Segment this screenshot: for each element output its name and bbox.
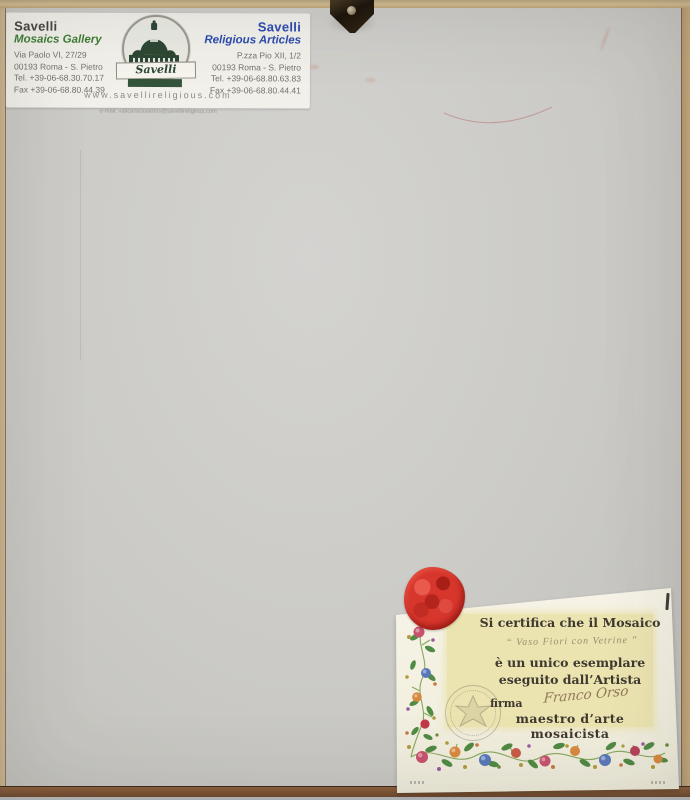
scratch-arc (432, 95, 562, 140)
brand-name-right: Savelli (173, 19, 301, 34)
gallery-label: Savelli Mosaics Gallery Via Paolo VI, 27… (6, 12, 310, 108)
hanger-hole (347, 6, 356, 15)
artist-stamp-icon (445, 685, 501, 741)
address-line: Tel. +39-06-68.80.63.83 (173, 73, 301, 85)
backing-crease (80, 150, 81, 360)
right-subtitle: Religious Articles (173, 34, 301, 46)
corner-mark-right (651, 781, 667, 784)
photo-frame-back: Savelli Mosaics Gallery Via Paolo VI, 27… (0, 0, 690, 800)
label-right-block: Savelli Religious Articles P.zza Pio XII… (173, 19, 301, 96)
frame-edge-right (681, 8, 690, 789)
corner-mark-left (410, 781, 426, 784)
stamp-star (446, 686, 500, 740)
address-line: 00193 Roma - S. Pietro (173, 62, 301, 74)
cert-line-maestro: maestro d’arte mosaicista (479, 711, 661, 741)
smudge-mark (365, 78, 376, 82)
cert-line-unique: è un unico esemplare (479, 655, 661, 670)
brand-name-left: Savelli (14, 18, 142, 33)
address-line: P.zza Pio XII, 1/2 (173, 50, 301, 62)
cert-line-certify: Si certifica che il Mosaico (479, 615, 661, 630)
frame-edge-left (0, 8, 6, 789)
email-line: e-mail: vaticansouvenirs@savellireligiou… (6, 99, 310, 118)
smudge-mark (310, 65, 319, 69)
